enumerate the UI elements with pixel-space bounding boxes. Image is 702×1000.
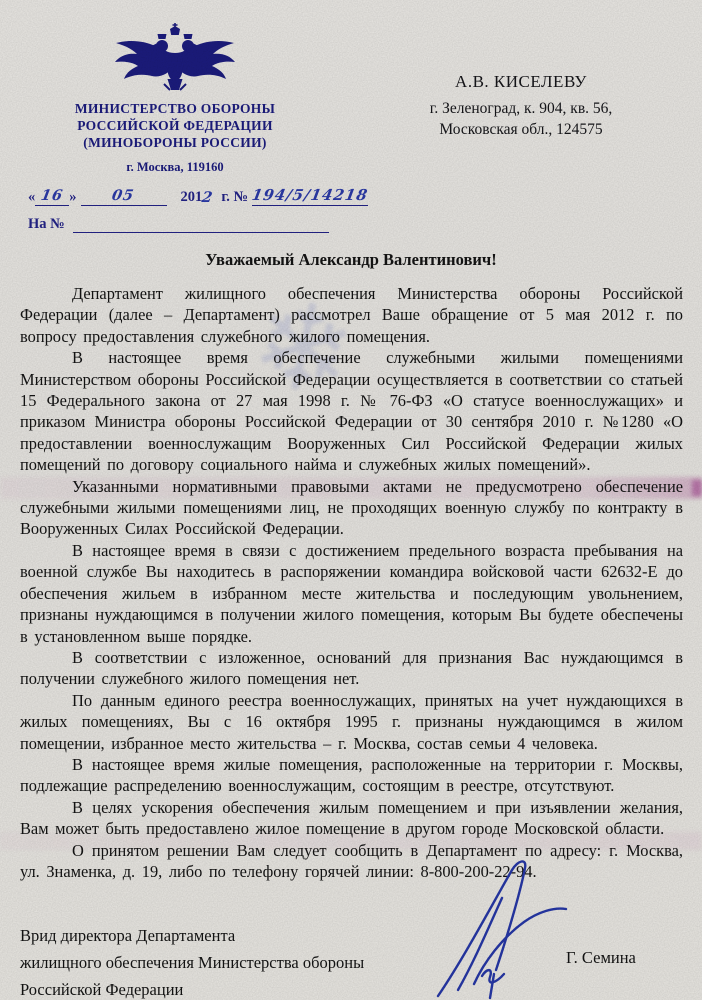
paragraph-5: В соответствии с изложенное, оснований д… (20, 647, 683, 690)
signoff-position: Врид директора Департамента жилищного об… (20, 922, 440, 1000)
handwritten-month: 05 (111, 187, 136, 204)
paragraph-2: В настоящее время обеспечение служебными… (20, 347, 683, 475)
signoff-line3: Российской Федерации (20, 976, 440, 1000)
ministry-name-line2: РОССИЙСКОЙ ФЕДЕРАЦИИ (22, 117, 328, 134)
handwritten-day: 16 (40, 187, 65, 204)
open-quote: « (28, 189, 35, 206)
reply-to-blank-underline (73, 217, 329, 233)
paragraph-8: В целях ускорения обеспечения жилым поме… (20, 797, 683, 840)
number-label: г. № (221, 189, 248, 206)
addressee-name: А.В. КИСЕЛЕВУ (362, 72, 680, 92)
paragraph-7: В настоящее время жилые помещения, распо… (20, 754, 683, 797)
addressee-block: А.В. КИСЕЛЕВУ г. Зеленоград, к. 904, кв.… (362, 72, 680, 140)
handwritten-signature (424, 856, 599, 1000)
ministry-name-line3: (МИНОБОРОНЫ РОССИИ) (22, 134, 328, 151)
paragraph-4: В настоящее время в связи с достижением … (20, 540, 683, 647)
handwritten-year-digit: 2 (201, 189, 215, 206)
paragraph-1: Департамент жилищного обеспечения Минист… (20, 283, 683, 347)
paragraph-6: По данным единого реестра военнослужащих… (20, 690, 683, 754)
close-quote: » (69, 189, 76, 206)
ministry-name-line1: МИНИСТЕРСТВО ОБОРОНЫ (22, 100, 328, 117)
ministry-emblem-eagle-icon (108, 22, 242, 102)
letter-body: Департамент жилищного обеспечения Минист… (20, 283, 683, 882)
date-number-line: «16» 05 2012 г. № 194/5/14218 (28, 186, 428, 206)
reply-to-label: На № (28, 216, 65, 233)
addressee-address-line1: г. Зеленоград, к. 904, кв. 56, (362, 98, 680, 119)
ministry-name: МИНИСТЕРСТВО ОБОРОНЫ РОССИЙСКОЙ ФЕДЕРАЦИ… (22, 100, 328, 151)
signoff-line1: Врид директора Департамента (20, 922, 440, 949)
reply-to-number-line: На № (28, 216, 329, 233)
ministry-city-postcode: г. Москва, 119160 (22, 160, 328, 175)
addressee-address-line2: Московская обл., 124575 (362, 119, 680, 140)
salutation: Уважаемый Александр Валентинович! (0, 250, 702, 270)
printed-year-prefix: 201 (181, 189, 203, 206)
scan-edge-smudge (692, 480, 702, 496)
paragraph-3: Указанными нормативными правовыми актами… (20, 476, 683, 540)
handwritten-outgoing-number: 194/5/14218 (251, 186, 370, 204)
signoff-line2: жилищного обеспечения Министерства оборо… (20, 949, 440, 976)
scanned-letter-page: МИНИСТЕРСТВО ОБОРОНЫ РОССИЙСКОЙ ФЕДЕРАЦИ… (0, 0, 702, 1000)
